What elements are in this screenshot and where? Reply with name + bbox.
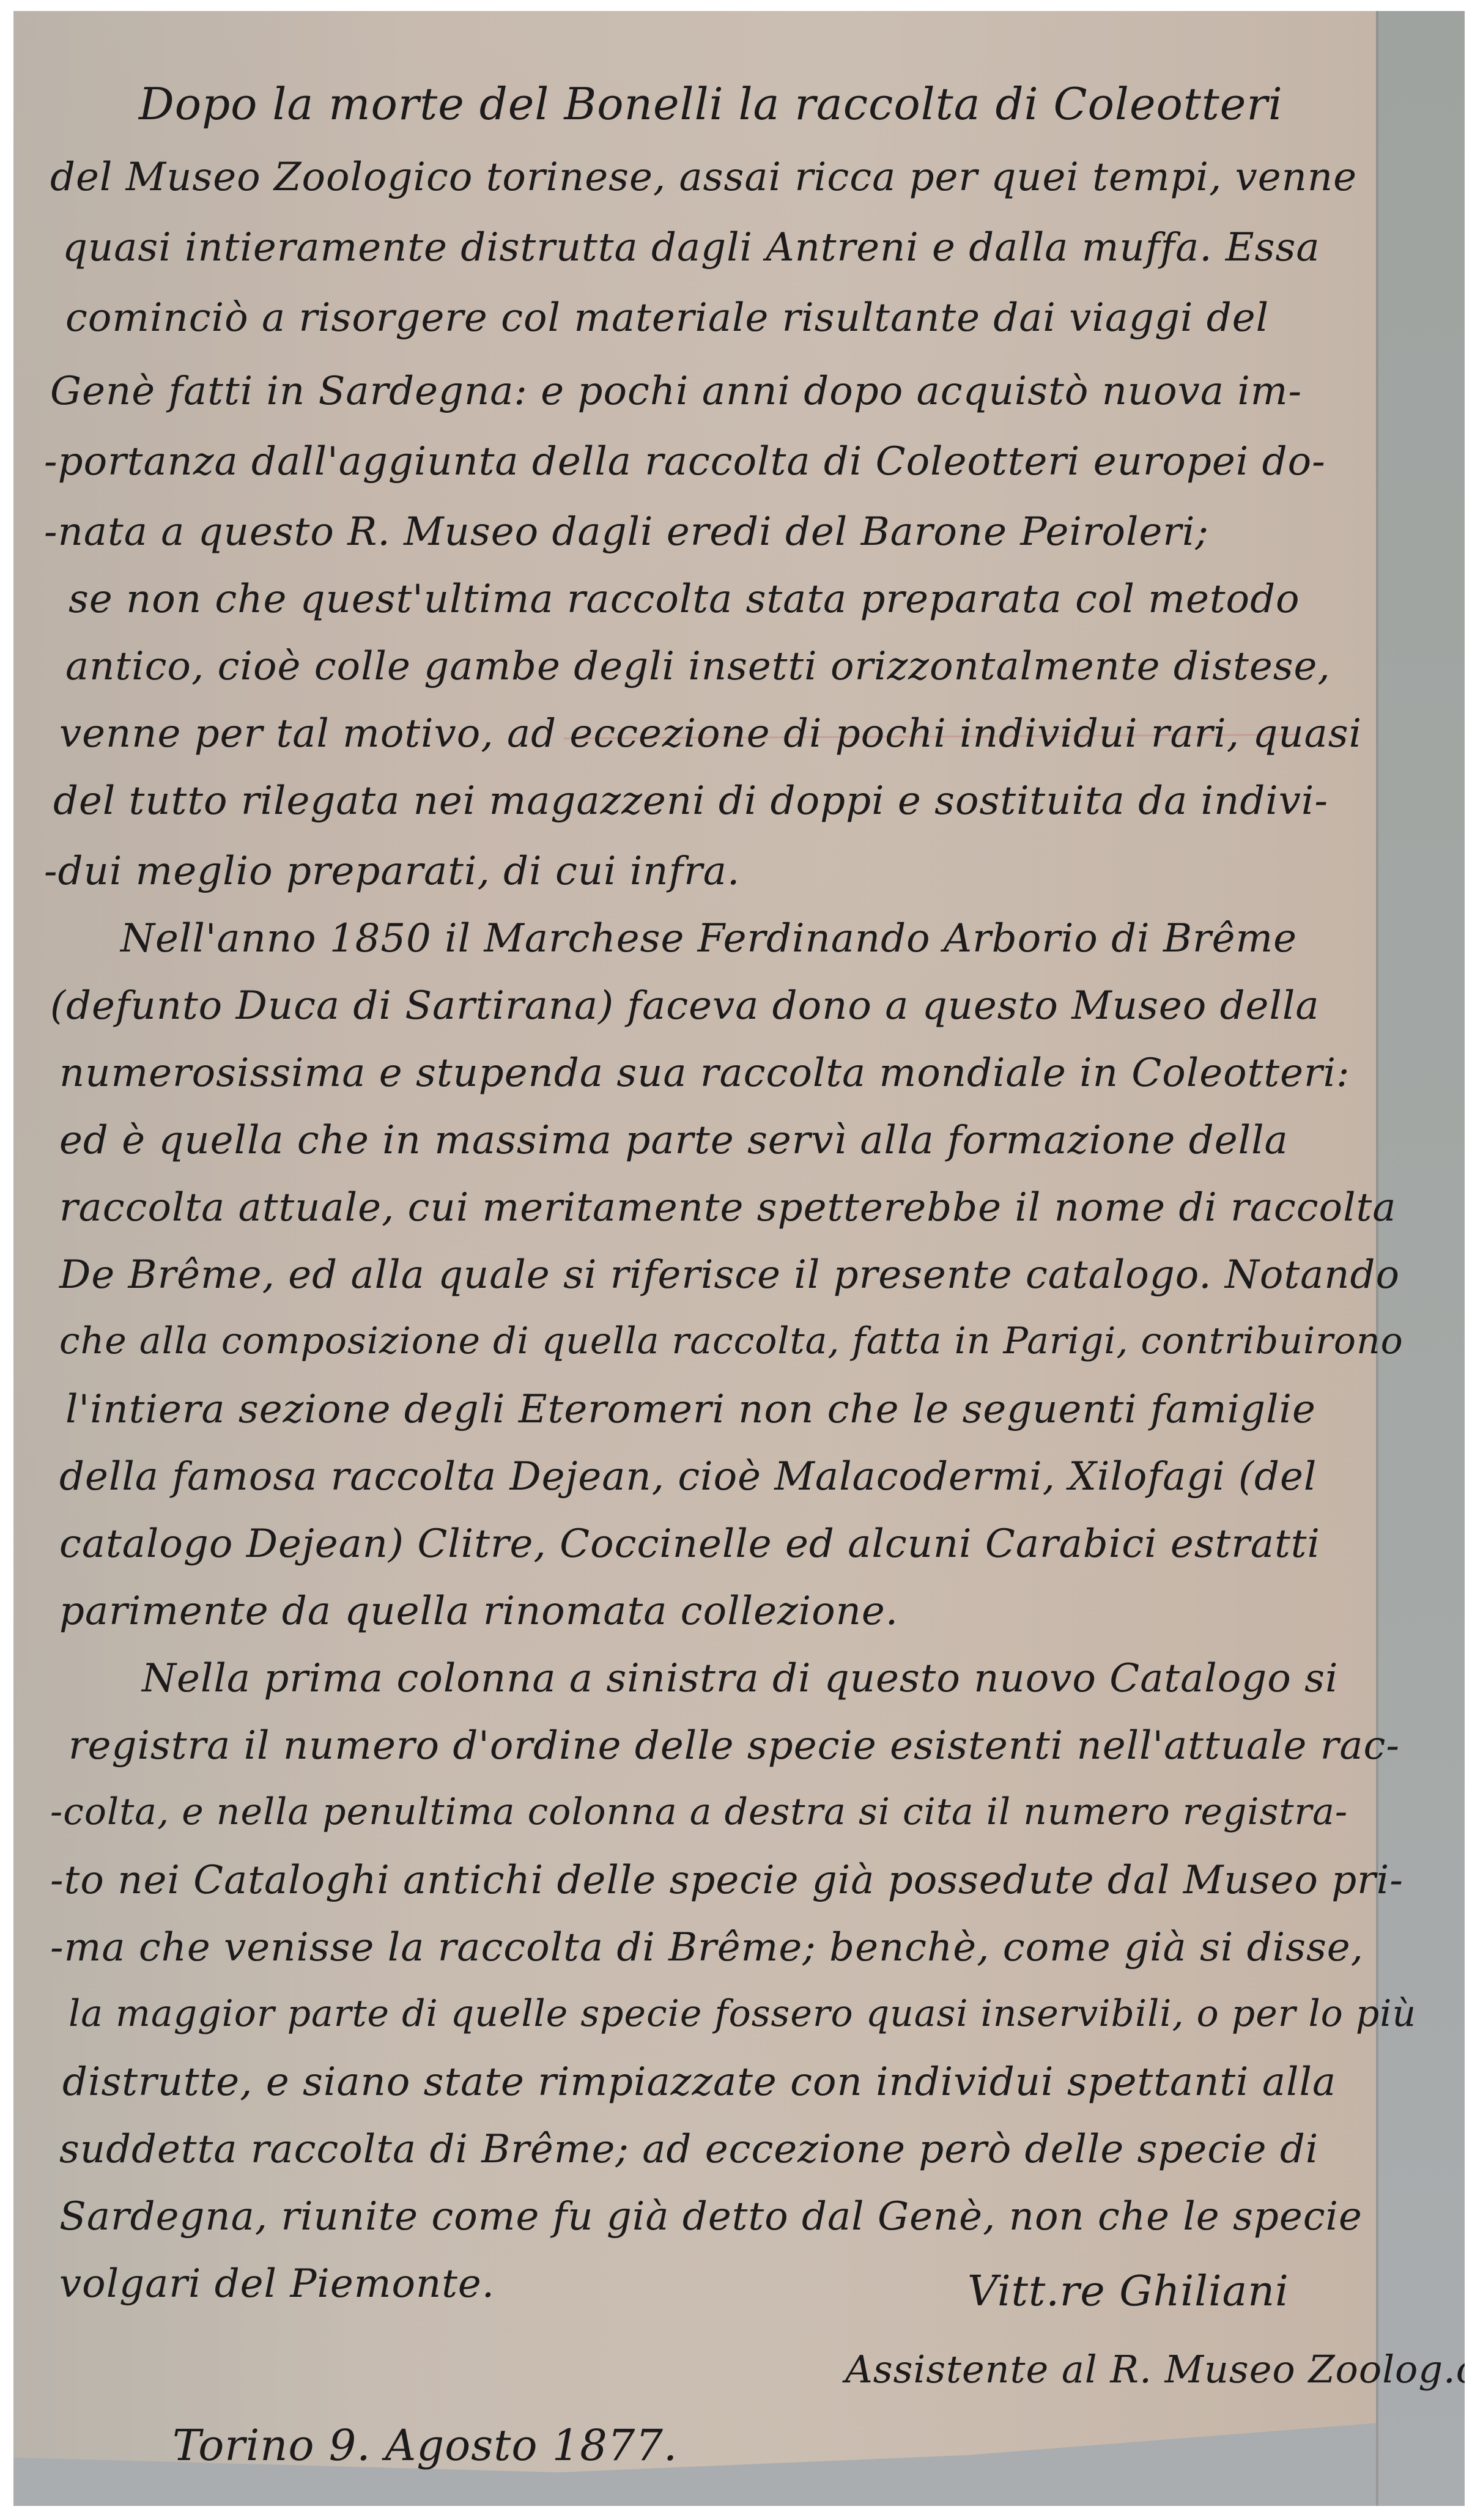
p1-line-11: del tutto rilegata nei magazzeni di dopp…: [53, 778, 1328, 824]
p2-line-9: della famosa raccolta Dejean, cioè Malac…: [59, 1454, 1317, 1499]
signature-name: Vitt.re Ghiliani: [967, 2267, 1289, 2316]
p1-line-10: venne per tal motivo, ad eccezione di po…: [59, 711, 1362, 756]
p3-line-3: -colta, e nella penultima colonna a dest…: [50, 1790, 1348, 1833]
p3-line-6: la maggior parte di quelle specie fosser…: [68, 1992, 1416, 2035]
p1-line-2: del Museo Zoologico torinese, assai ricc…: [50, 155, 1357, 200]
p2-line-11: parimente da quella rinomata collezione.: [59, 1589, 898, 1634]
p1-line-1: Dopo la morte del Bonelli la raccolta di…: [139, 78, 1283, 130]
p2-line-4: ed è quella che in massima parte servì a…: [59, 1118, 1289, 1163]
p3-line-10: volgari del Piemonte.: [59, 2261, 495, 2307]
dateline: Torino 9. Agosto 1877.: [172, 2420, 678, 2470]
p2-line-3: numerosissima e stupenda sua raccolta mo…: [59, 1051, 1350, 1096]
p1-line-9: antico, cioè colle gambe degli insetti o…: [65, 644, 1331, 689]
p2-line-8: l'intiera sezione degli Eteromeri non ch…: [65, 1387, 1316, 1432]
p3-line-4: -to nei Cataloghi antichi delle specie g…: [50, 1858, 1404, 1903]
p3-line-7: distrutte, e siano state rimpiazzate con…: [62, 2060, 1336, 2105]
p3-line-2: registra il numero d'ordine delle specie…: [68, 1723, 1400, 1768]
p1-line-12: -dui meglio preparati, di cui infra.: [44, 849, 740, 894]
p3-line-9: Sardegna, riunite come fu già detto dal …: [59, 2194, 1363, 2239]
p2-line-10: catalogo Dejean) Clitre, Coccinelle ed a…: [59, 1521, 1320, 1567]
manuscript-photo: Dopo la morte del Bonelli la raccolta di…: [13, 11, 1465, 2506]
p3-line-1: Nella prima colonna a sinistra di questo…: [142, 1656, 1338, 1701]
p3-line-8: suddetta raccolta di Brême; ad eccezione…: [59, 2127, 1319, 2172]
p1-line-8: se non che quest'ultima raccolta stata p…: [68, 577, 1300, 622]
p2-line-6: De Brême, ed alla quale si riferisce il …: [59, 1252, 1400, 1298]
p1-line-4: cominciò a risorgere col materiale risul…: [65, 295, 1269, 341]
manuscript-text: Dopo la morte del Bonelli la raccolta di…: [13, 11, 1465, 2506]
p3-line-5: -ma che venisse la raccolta di Brême; be…: [50, 1925, 1364, 1970]
p1-line-7: -nata a questo R. Museo dagli eredi del …: [44, 509, 1209, 555]
p2-line-1: Nell'anno 1850 il Marchese Ferdinando Ar…: [120, 916, 1297, 961]
signature-title: Assistente al R. Museo Zoolog.co: [845, 2347, 1465, 2392]
p1-line-6: -portanza dall'aggiunta della raccolta d…: [44, 439, 1326, 484]
p2-line-7: che alla composizione di quella raccolta…: [59, 1320, 1404, 1362]
p2-line-2: (defunto Duca di Sartirana) faceva dono …: [50, 983, 1320, 1029]
p1-line-5: Genè fatti in Sardegna: e pochi anni dop…: [50, 369, 1302, 414]
p1-line-3: quasi intieramente distrutta dagli Antre…: [62, 225, 1320, 270]
p2-line-5: raccolta attuale, cui meritamente spette…: [59, 1185, 1396, 1230]
